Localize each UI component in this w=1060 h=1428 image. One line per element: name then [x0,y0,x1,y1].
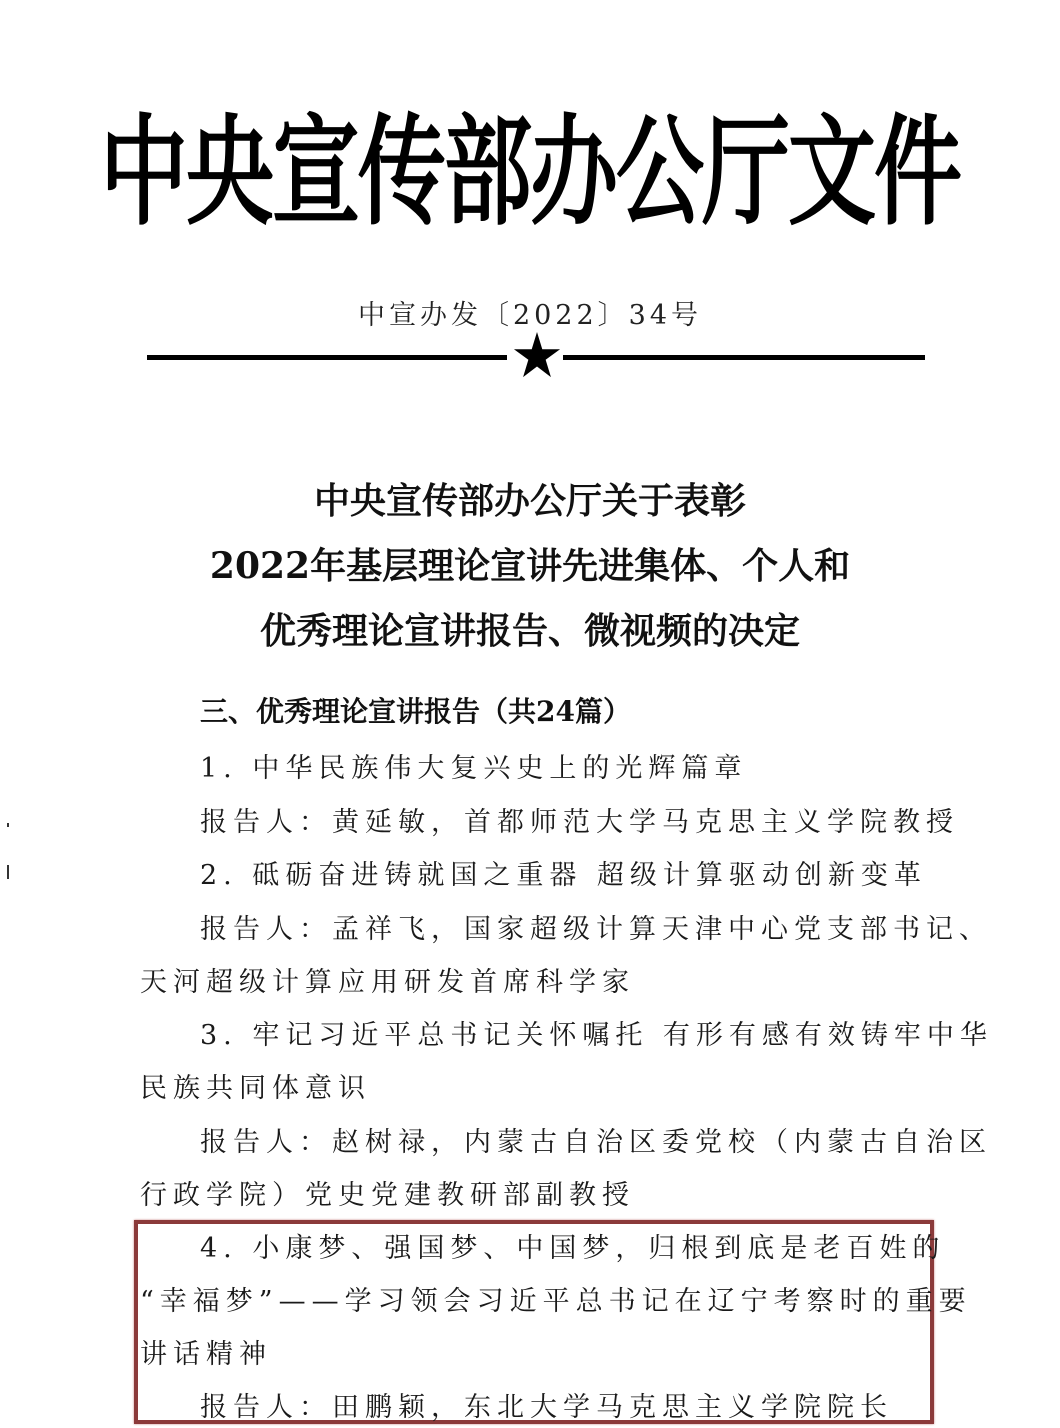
report-1-presenter: 报告人：黄延敏，首都师范大学马克思主义学院教授 [200,800,959,839]
document-header-title: 中央宣传部办公厅文件 [0,78,1060,248]
report-2-title: 2. 砥砺奋进铸就国之重器 超级计算驱动创新变革 [200,853,927,892]
decision-title-line-1: 中央宣传部办公厅关于表彰 [0,473,1060,524]
decision-title-line-3: 优秀理论宣讲报告、微视频的决定 [0,603,1060,654]
report-2-presenter-line-2: 天河超级计算应用研发首席科学家 [140,960,635,999]
star-icon [513,331,561,379]
document-number: 中宣办发〔2022〕34号 [0,293,1060,332]
report-4-title-line-2: “幸福梦”——学习领会习近平总书记在辽宁考察时的重要 [140,1279,972,1318]
decision-title-line-2: 2022年基层理论宣讲先进集体、个人和 [0,538,1060,589]
section-heading: 三、优秀理论宣讲报告（共24篇） [200,690,631,730]
report-3-title-line-1: 3. 牢记习近平总书记关怀嘱托 有形有感有效铸牢中华 [200,1013,993,1052]
header-divider-left [147,355,507,360]
report-4-title-line-3: 讲话精神 [140,1332,272,1371]
report-3-presenter-line-2: 行政学院）党史党建教研部副教授 [140,1173,635,1212]
report-4-title-line-1: 4. 小康梦、强国梦、中国梦，归根到底是老百姓的 [200,1226,945,1265]
scan-mark [7,823,9,827]
report-3-title-line-2: 民族共同体意识 [140,1066,371,1105]
scan-mark [7,865,9,879]
report-4-presenter: 报告人：田鹏颖，东北大学马克思主义学院院长 [200,1385,893,1424]
report-2-presenter-line-1: 报告人：孟祥飞，国家超级计算天津中心党支部书记、 [200,907,992,946]
report-3-presenter-line-1: 报告人：赵树禄，内蒙古自治区委党校（内蒙古自治区 [200,1120,992,1159]
header-divider-right [563,355,925,360]
report-1-title: 1. 中华民族伟大复兴史上的光辉篇章 [200,746,747,785]
